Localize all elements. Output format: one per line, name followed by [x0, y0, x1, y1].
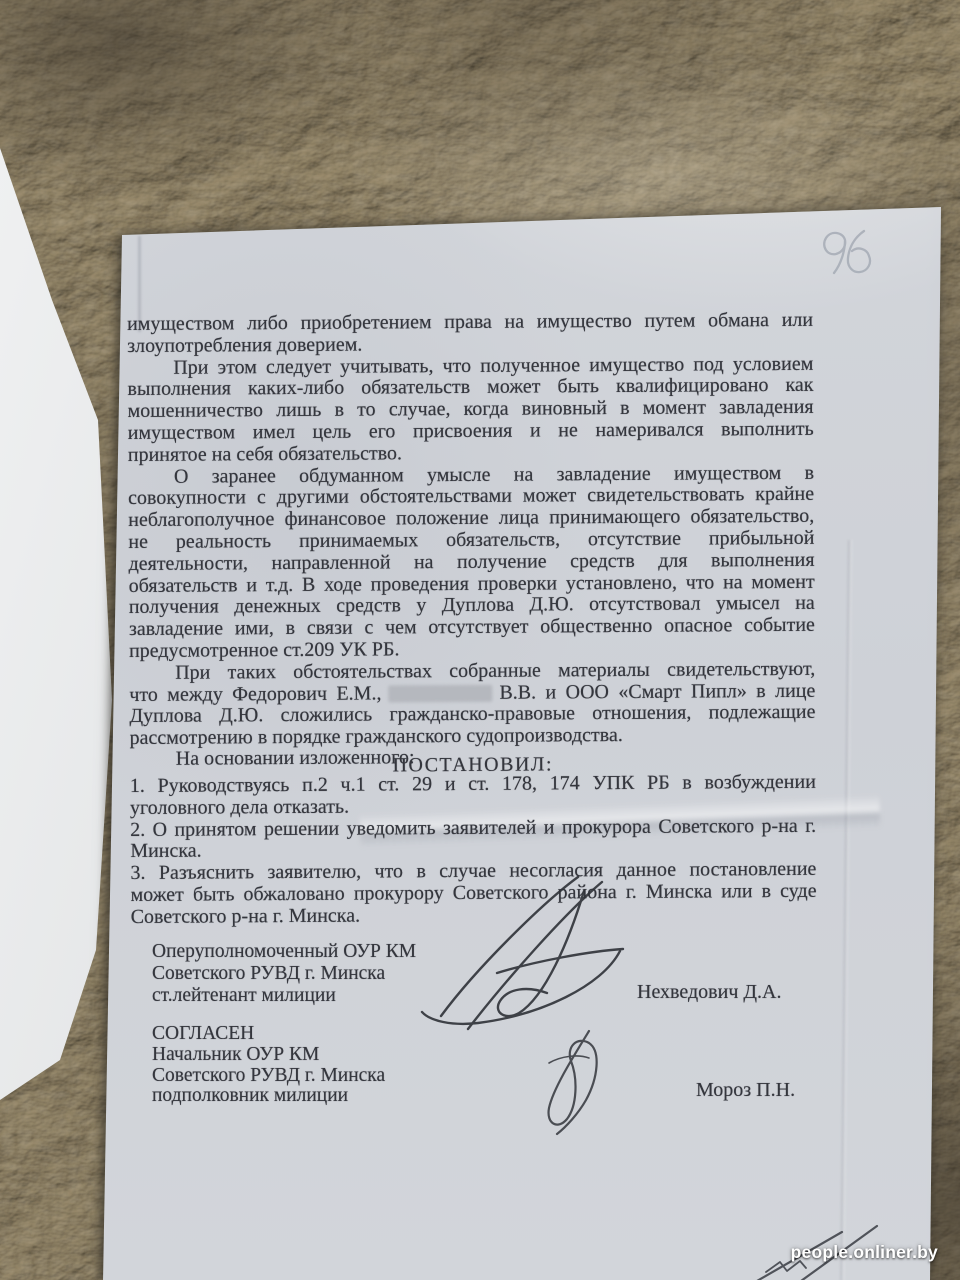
- approved-label: СОГЛАСЕН: [152, 1024, 385, 1045]
- text-before-redaction: что между Федорович Е.М.,: [129, 682, 381, 706]
- signature-title-line: Начальник ОУР КМ: [152, 1045, 385, 1066]
- text-line: может быть обжаловано прокурору Советско…: [130, 881, 816, 907]
- signature-title-line: подполковник милиции: [152, 1086, 385, 1107]
- document-text: имуществом либо приобретением права на и…: [127, 310, 817, 929]
- photo-of-document: имуществом либо приобретением права на и…: [0, 0, 960, 1280]
- paragraph-conclusion: При таких обстоятельствах собранные мате…: [129, 659, 816, 750]
- approval-block: СОГЛАСЕН Начальник ОУР КМСоветского РУВД…: [152, 1024, 385, 1107]
- signature-title-line: Советского РУВД г. Минска: [152, 1066, 385, 1087]
- text-line: 1. Руководствуясь п.2 ч.1 ст. 29 и ст. 1…: [130, 772, 816, 798]
- document-sheet: имуществом либо приобретением права на и…: [0, 0, 960, 1280]
- officer-title-block: Оперуполномоченный ОУР КМСоветского РУВД…: [152, 941, 416, 1007]
- resolution-item-3: 3. Разъяснить заявителю, что в случае не…: [130, 859, 816, 929]
- chief-name: Мороз П.Н.: [696, 1079, 795, 1102]
- chief-title-block: Начальник ОУР КМСоветского РУВД г. Минск…: [152, 1045, 385, 1107]
- text-line: завладение ими, в связи с чем отсутствуе…: [129, 615, 815, 641]
- signature-title-line: Оперуполномоченный ОУР КМ: [152, 941, 416, 963]
- text-line: 2. О принятом решении уведомить заявител…: [130, 815, 816, 841]
- paragraph-opening: имуществом либо приобретением права на и…: [127, 310, 813, 358]
- document-page: имуществом либо приобретением права на и…: [0, 0, 960, 1280]
- text-line: имуществом либо приобретением права на и…: [127, 310, 813, 336]
- paragraph-qualification: При этом следует учитывать, что полученн…: [127, 353, 814, 466]
- watermark-label: people.onliner.by: [791, 1242, 938, 1263]
- vertical-fold-crease: [839, 540, 853, 1280]
- text-line: Советского р-на г. Минска.: [131, 903, 817, 929]
- redaction-box: [388, 684, 492, 702]
- resolution-item-2: 2. О принятом решении уведомить заявител…: [130, 815, 816, 863]
- paragraph-intent-analysis: О заранее обдуманном умысле на завладени…: [128, 462, 815, 662]
- text-after-redaction: В.В. и ООО «Смарт Пипл» в лице: [499, 679, 815, 703]
- signature-title-line: Советского РУВД г. Минска: [152, 963, 416, 985]
- resolution-item-1: 1. Руководствуясь п.2 ч.1 ст. 29 и ст. 1…: [130, 772, 816, 820]
- officer-name: Нехведович Д.А.: [637, 981, 781, 1004]
- signature-title-line: ст.лейтенант милиции: [152, 985, 416, 1007]
- text-line: имуществом имел цель его присвоения и не…: [128, 419, 814, 445]
